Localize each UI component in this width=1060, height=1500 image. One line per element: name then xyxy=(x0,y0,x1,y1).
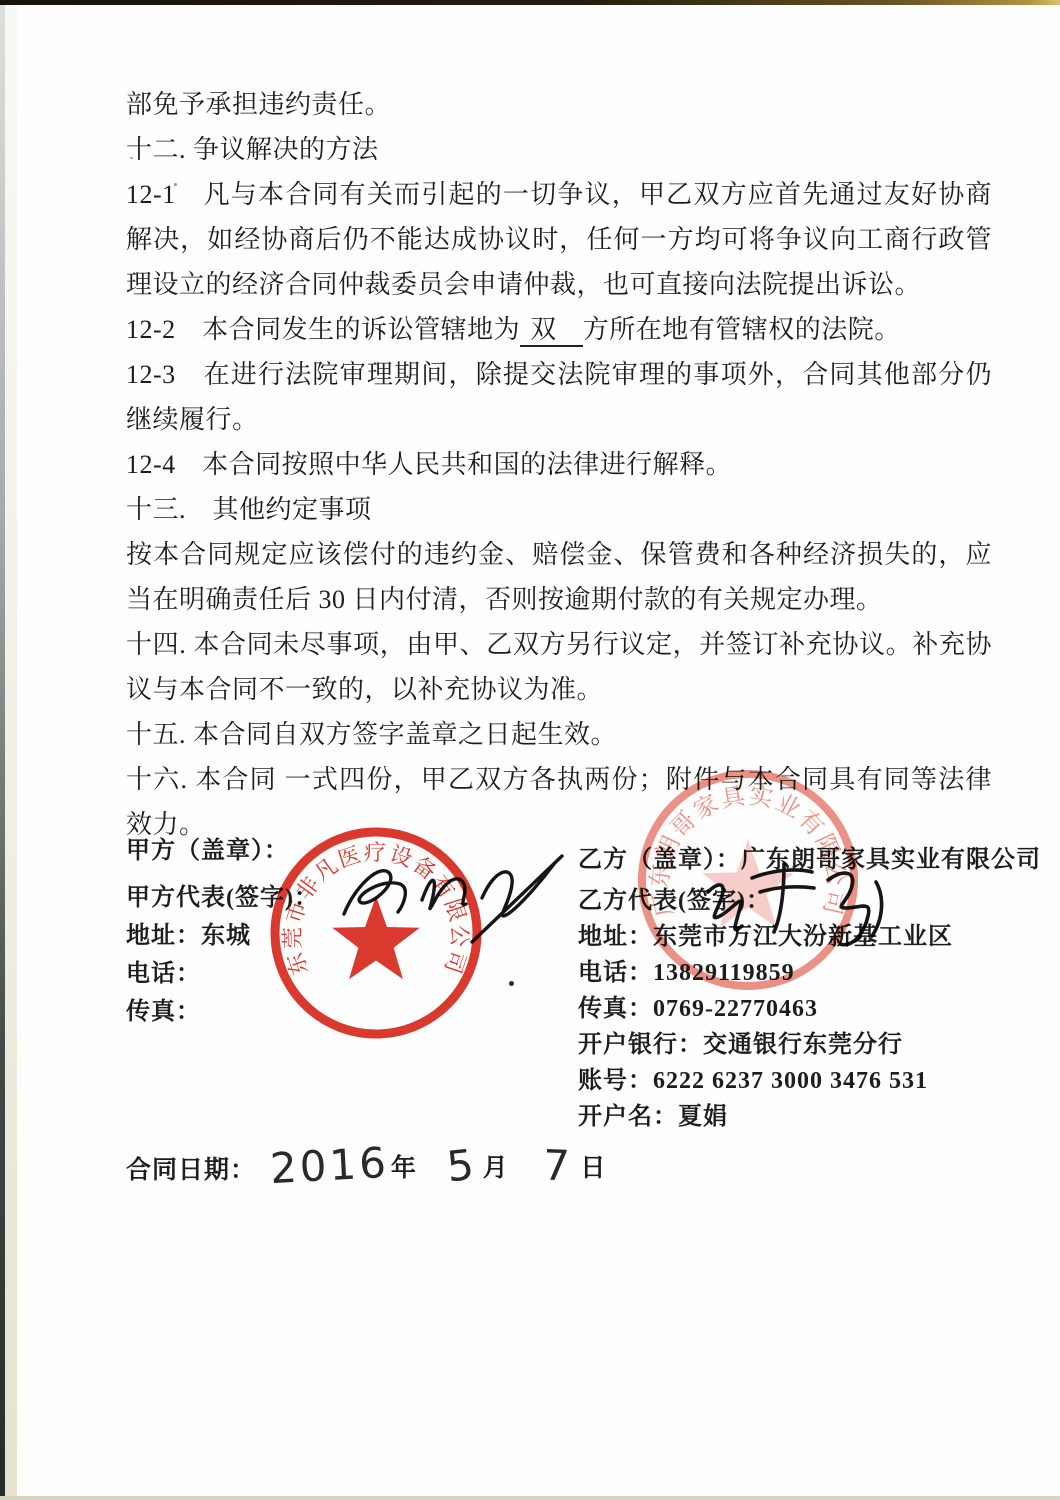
contract-date-day-handwritten: 7 xyxy=(542,1145,573,1186)
party-b-account-label: 账号： xyxy=(578,1068,653,1094)
clause-12-3: 12-3 在进行法院审理期间，除提交法院审理的事项外，合同其他部分仍继续履行。 xyxy=(126,352,992,442)
contract-date-label: 合同日期： xyxy=(126,1150,256,1186)
contract-date-month-handwritten: 5 xyxy=(445,1145,479,1188)
scan-speck xyxy=(130,157,133,159)
party-b-account-name-value: 夏娟 xyxy=(678,1104,728,1130)
scan-bottom-edge xyxy=(0,1496,1060,1500)
party-a-fax-label: 传真： xyxy=(126,999,201,1025)
party-b-signature xyxy=(700,852,900,962)
scan-speck xyxy=(174,183,177,186)
clause-14: 十四. 本合同未尽事项，由甲、乙双方另行议定，并签订补充协议。补充协议与本合同不… xyxy=(126,622,992,712)
party-b-account-name-row: 开户名：夏娟 xyxy=(578,1099,1008,1135)
party-a-address-label: 地址： xyxy=(126,923,201,949)
contract-date-month-unit: 月 xyxy=(483,1148,509,1186)
heading-12: 十二. 争议解决的方法 xyxy=(126,127,992,172)
contract-date-day-unit: 日 xyxy=(580,1148,606,1186)
contract-page: 部免予承担违约责任。 十二. 争议解决的方法 12-1 凡与本合同有关而引起的一… xyxy=(0,0,1060,1500)
clause-15: 十五. 本合同自双方签字盖章之日起生效。 xyxy=(126,712,992,757)
contract-date-year-unit: 年 xyxy=(391,1148,417,1186)
clause-continuation: 部免予承担违约责任。 xyxy=(126,82,992,127)
party-b-bank-value: 交通银行东莞分行 xyxy=(703,1032,903,1058)
scan-speck xyxy=(509,981,514,986)
party-a-phone-label: 电话： xyxy=(126,961,201,987)
clause-13-body: 按本合同规定应该偿付的违约金、赔偿金、保管费和各种经济损失的，应当在明确责任后 … xyxy=(126,532,992,622)
party-a-address-value: 东城 xyxy=(201,923,251,949)
clause-12-2-pre: 12-2 本合同发生的诉讼管辖地为 xyxy=(126,315,520,344)
clause-12-2-fill-in: 双 xyxy=(520,315,583,347)
contract-date-line: 合同日期： 2016 年 5 月 7 日 xyxy=(126,1146,606,1186)
clause-12-2: 12-2 本合同发生的诉讼管辖地为双方所在地有管辖权的法院。 xyxy=(126,307,992,352)
party-b-account-row: 账号：6222 6237 3000 3476 531 xyxy=(578,1063,1008,1099)
clause-12-1: 12-1 凡与本合同有关而引起的一切争议，甲乙双方应首先通过友好协商解决，如经协… xyxy=(126,172,992,307)
heading-13: 十三. 其他约定事项 xyxy=(126,487,992,532)
scan-top-edge xyxy=(0,0,1060,5)
scan-left-edge-cream xyxy=(5,5,17,1500)
clause-12-4: 12-4 本合同按照中华人民共和国的法律进行解释。 xyxy=(126,442,992,487)
contract-date-year-handwritten: 2016 xyxy=(269,1143,390,1189)
party-b-account-name-label: 开户名： xyxy=(578,1104,678,1130)
contract-clauses: 部免予承担违约责任。 十二. 争议解决的方法 12-1 凡与本合同有关而引起的一… xyxy=(126,82,992,847)
party-b-account-value: 6222 6237 3000 3476 531 xyxy=(653,1068,928,1094)
party-a-signature xyxy=(330,842,580,957)
party-b-bank-row: 开户银行：交通银行东莞分行 xyxy=(578,1027,1008,1063)
clause-12-2-post: 方所在地有管辖权的法院。 xyxy=(583,315,901,344)
party-b-bank-label: 开户银行： xyxy=(578,1032,703,1058)
